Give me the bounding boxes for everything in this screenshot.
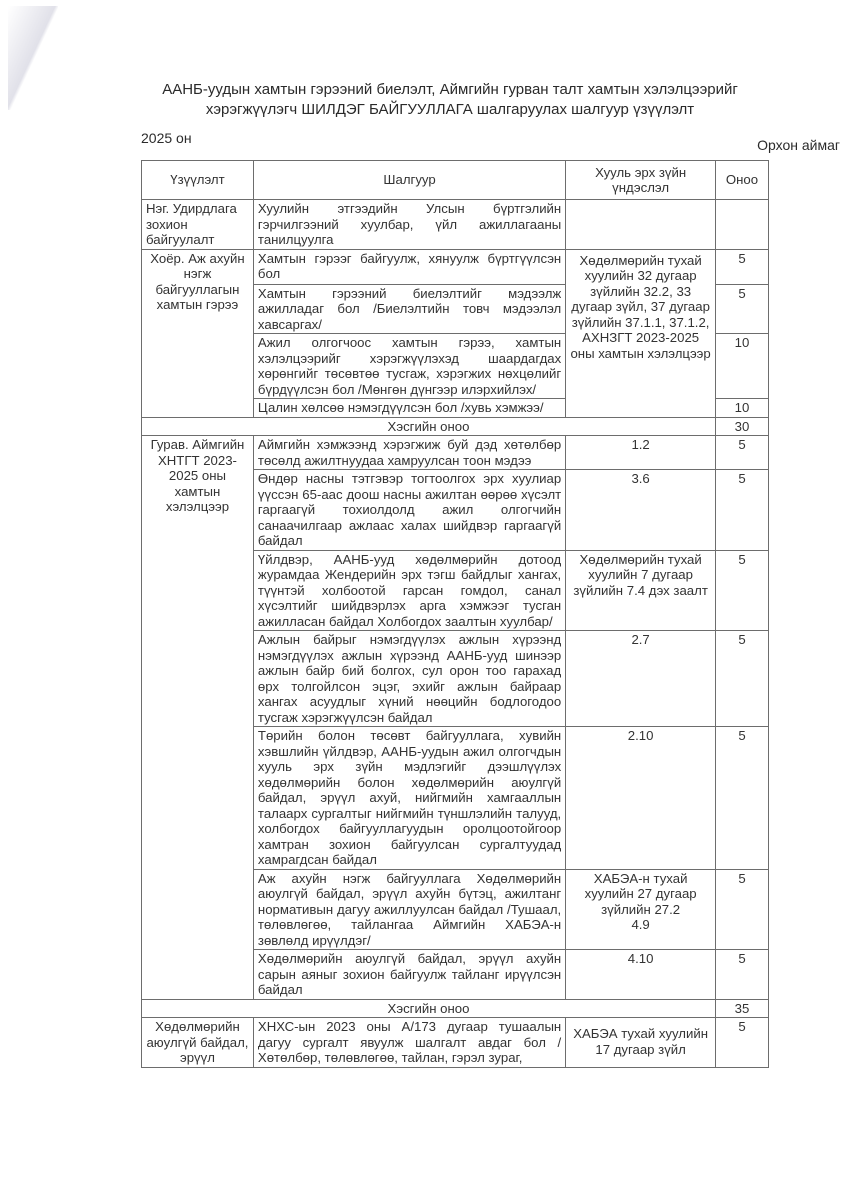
subtotal-score: 35 <box>716 999 769 1018</box>
score-cell: 5 <box>716 436 769 470</box>
score-cell: 10 <box>716 334 769 399</box>
criterion-cell: Өндөр насны тэтгэвэр тогтоолгох эрх хуул… <box>253 470 565 551</box>
title-line-1: ААНБ-уудын хамтын гэрээний биелэлт, Аймг… <box>140 80 760 100</box>
criterion-cell: Хуулийн этгээдийн Улсын бүртгэлийн гэрчи… <box>253 200 565 250</box>
scan-artifact <box>8 6 58 110</box>
table-row: Хөдөлмөрийн аюулгүй байдал, эрүүл ХНХС-ы… <box>142 1018 769 1068</box>
table-row: Гурав. Аймгийн ХНТГТ 2023-2025 оны хамты… <box>142 436 769 470</box>
subtotal-row: Хэсгийн оноо 35 <box>142 999 769 1018</box>
score-cell: 5 <box>716 1018 769 1068</box>
category-cell: Нэг. Удирдлага зохион байгуулалт <box>142 200 254 250</box>
law-cell: 2.10 <box>566 727 716 870</box>
criterion-cell: Ажлын байрыг нэмэгдүүлэх ажлын хүрээнд н… <box>253 631 565 727</box>
category-cell: Хоёр. Аж ахуйн нэгж байгууллагын хамтын … <box>142 249 254 417</box>
category-cell: Хөдөлмөрийн аюулгүй байдал, эрүүл <box>142 1018 254 1068</box>
score-cell: 5 <box>716 284 769 334</box>
score-cell <box>716 200 769 250</box>
score-cell: 5 <box>716 550 769 631</box>
subtotal-label: Хэсгийн оноо <box>142 999 716 1018</box>
category-cell: Гурав. Аймгийн ХНТГТ 2023-2025 оны хамты… <box>142 436 254 1000</box>
criterion-cell: Аж ахуйн нэгж байгууллага Хөдөлмөрийн аю… <box>253 869 565 950</box>
law-cell: Хөдөлмөрийн тухай хуулийн 7 дугаар зүйли… <box>566 550 716 631</box>
table-row: Нэг. Удирдлага зохион байгуулалт Хуулийн… <box>142 200 769 250</box>
table-header-row: Үзүүлэлт Шалгуур Хууль эрх зүйн үндэслэл… <box>142 161 769 200</box>
criterion-cell: ХНХС-ын 2023 оны А/173 дугаар тушаалын д… <box>253 1018 565 1068</box>
header-indicator: Үзүүлэлт <box>142 161 254 200</box>
criterion-cell: Аймгийн хэмжээнд хэрэгжиж буй дэд хөтөлб… <box>253 436 565 470</box>
header-legal-basis: Хууль эрх зүйн үндэслэл <box>566 161 716 200</box>
law-cell: 1.2 <box>566 436 716 470</box>
document-place: Орхон аймаг <box>757 137 840 153</box>
score-cell: 5 <box>716 950 769 1000</box>
criterion-cell: Хамтын гэрээг байгуулж, хянуулж бүртгүүл… <box>253 249 565 284</box>
law-cell: 2.7 <box>566 631 716 727</box>
criterion-cell: Төрийн болон төсөвт байгууллага, хувийн … <box>253 727 565 870</box>
document-title: ААНБ-уудын хамтын гэрээний биелэлт, Аймг… <box>140 80 760 120</box>
criterion-cell: Хөдөлмөрийн аюулгүй байдал, эрүүл ахуйн … <box>253 950 565 1000</box>
subtotal-row: Хэсгийн оноо 30 <box>142 417 769 436</box>
law-cell: 4.10 <box>566 950 716 1000</box>
law-cell: Хөдөлмөрийн тухай хуулийн 32 дугаар зүйл… <box>566 249 716 417</box>
score-cell: 5 <box>716 727 769 870</box>
score-cell: 10 <box>716 399 769 418</box>
law-cell: ХАБЭА-н тухай хуулийн 27 дугаар зүйлийн … <box>566 869 716 950</box>
title-line-2: хэрэгжүүлэгч ШИЛДЭГ БАЙГУУЛЛАГА шалгаруу… <box>140 100 760 120</box>
subtotal-score: 30 <box>716 417 769 436</box>
score-cell: 5 <box>716 249 769 284</box>
law-cell <box>566 200 716 250</box>
criterion-cell: Хамтын гэрээний биелэлтийг мэдээлж ажилл… <box>253 284 565 334</box>
document-year: 2025 он <box>141 130 192 146</box>
table-row: Хоёр. Аж ахуйн нэгж байгууллагын хамтын … <box>142 249 769 284</box>
criteria-table: Үзүүлэлт Шалгуур Хууль эрх зүйн үндэслэл… <box>141 160 769 1068</box>
criterion-cell: Ажил олгогчоос хамтын гэрээ, хамтын хэлэ… <box>253 334 565 399</box>
score-cell: 5 <box>716 869 769 950</box>
header-score: Оноо <box>716 161 769 200</box>
law-cell: 3.6 <box>566 470 716 551</box>
score-cell: 5 <box>716 631 769 727</box>
subtotal-label: Хэсгийн оноо <box>142 417 716 436</box>
criterion-cell: Үйлдвэр, ААНБ-ууд хөдөлмөрийн дотоод жур… <box>253 550 565 631</box>
header-criterion: Шалгуур <box>253 161 565 200</box>
law-cell: ХАБЭА тухай хуулийн 17 дугаар зүйл <box>566 1018 716 1068</box>
score-cell: 5 <box>716 470 769 551</box>
criterion-cell: Цалин хөлсөө нэмэгдүүлсэн бол /хувь хэмж… <box>253 399 565 418</box>
